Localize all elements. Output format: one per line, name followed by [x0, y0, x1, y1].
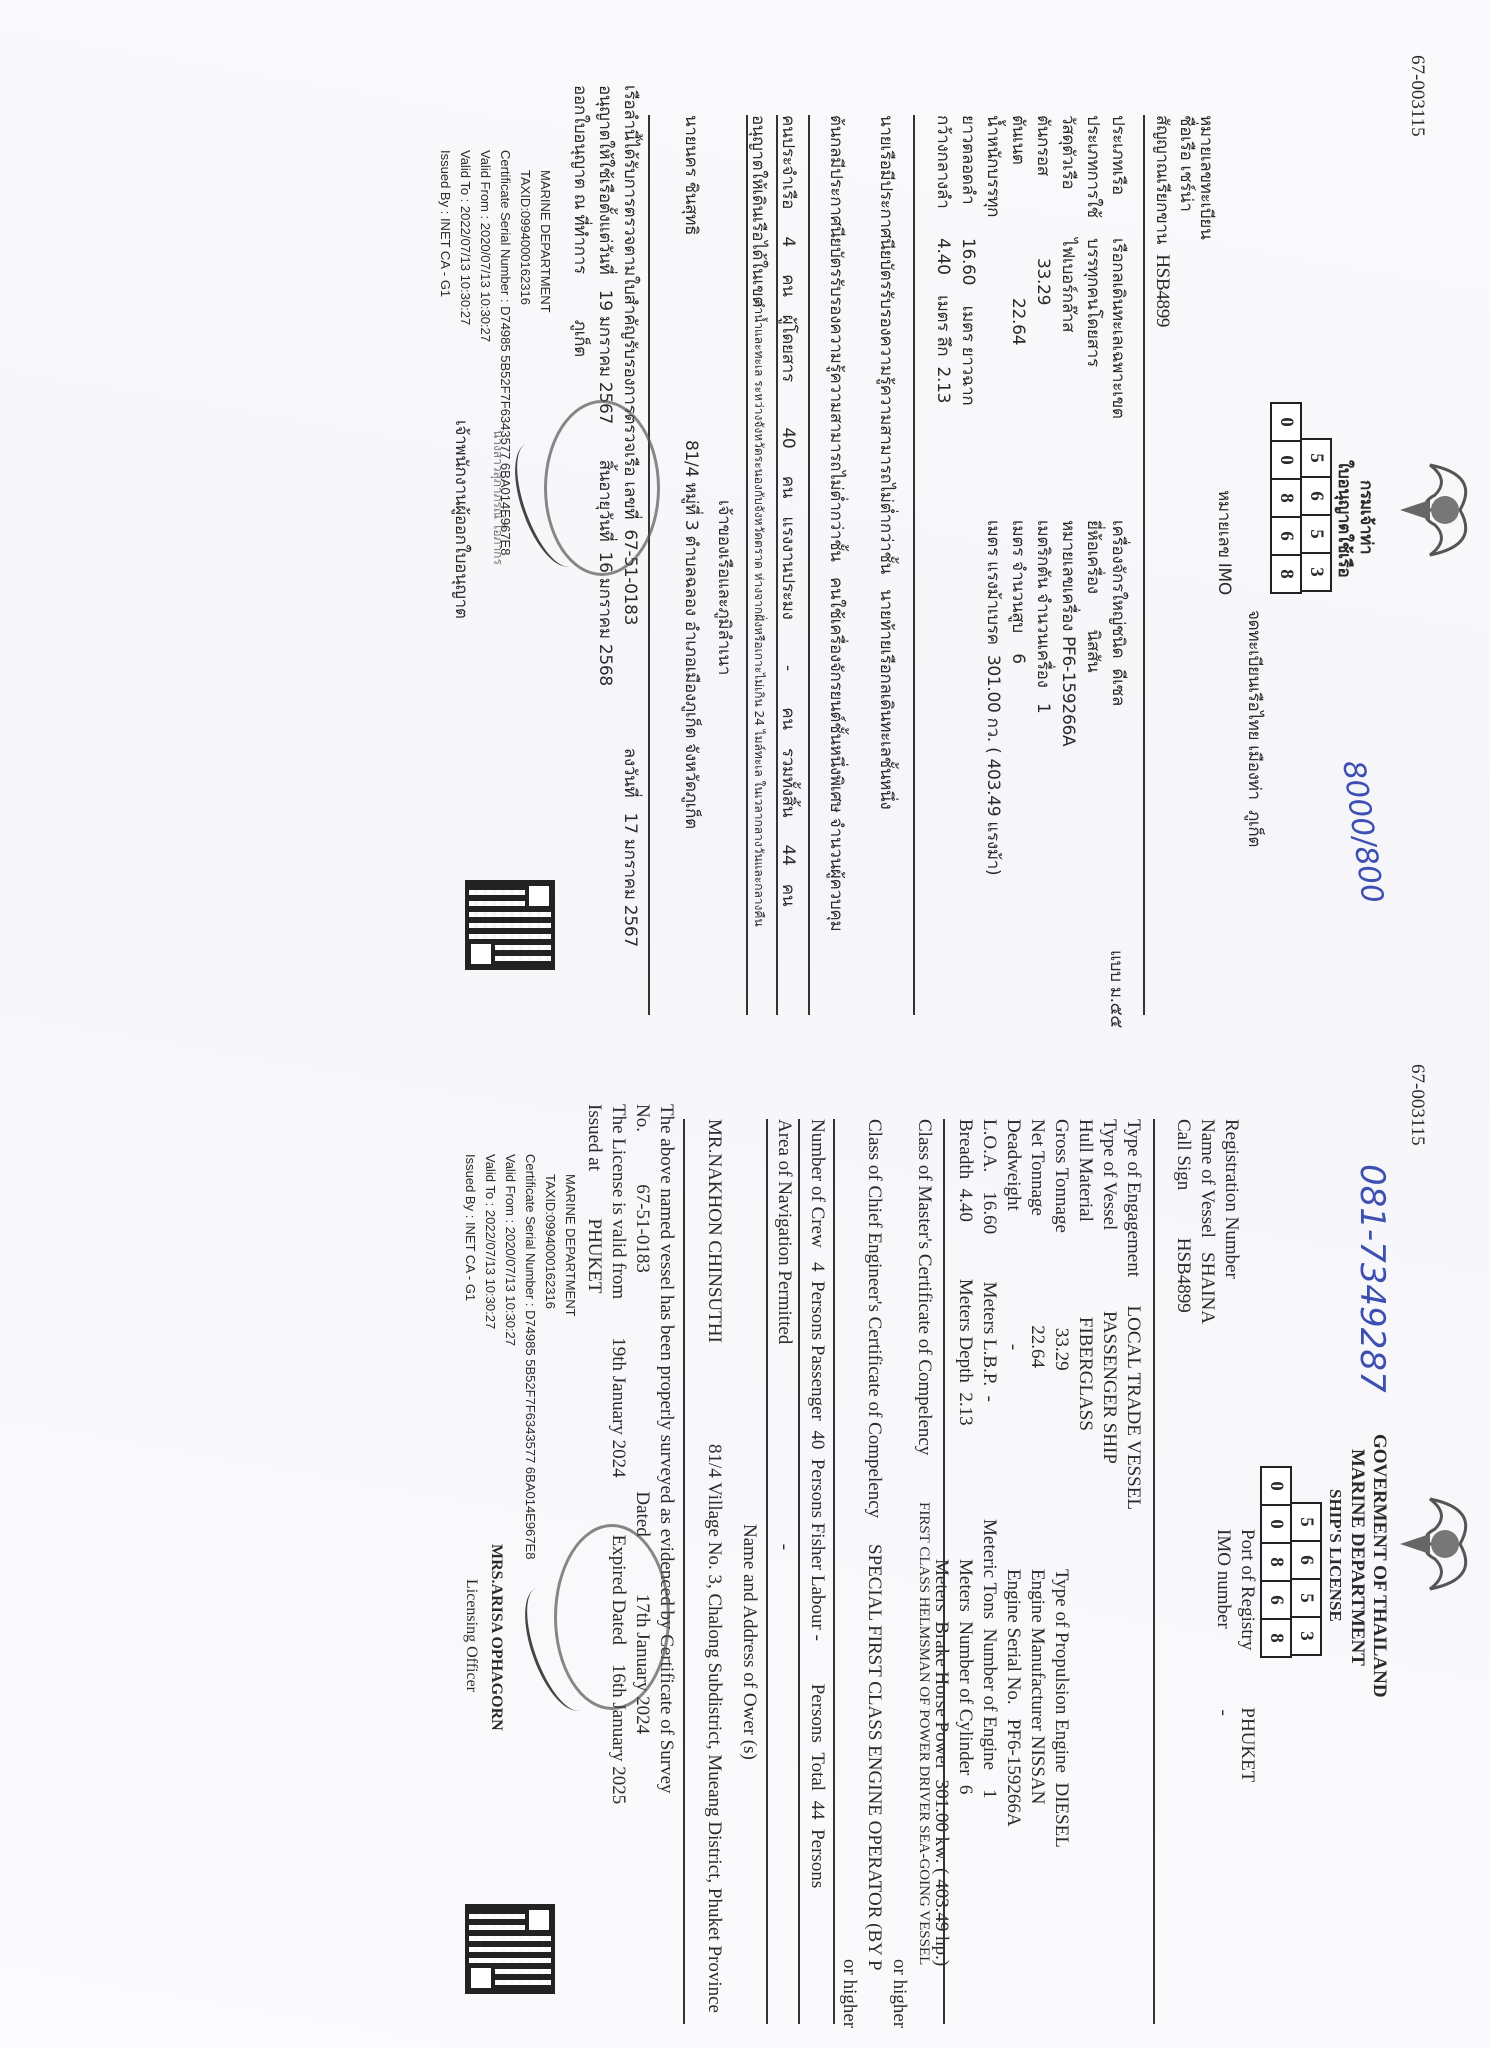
digit-box: 0 [1260, 1504, 1292, 1544]
digit-box: 3 [1290, 1616, 1322, 1656]
digit-box: 3 [1300, 552, 1332, 592]
garuda-emblem-icon [1390, 1489, 1490, 1599]
digit-box: 8 [1260, 1618, 1292, 1658]
divider [746, 115, 748, 1015]
digit-box: 0 [1270, 402, 1302, 442]
divider [943, 1119, 945, 2024]
digit-box: 0 [1260, 1466, 1292, 1506]
digit-box: 6 [1300, 476, 1332, 516]
divider [808, 115, 810, 1015]
engineer-cert-value: SPECIAL FIRST CLASS ENGINE OPERATOR (BY … [863, 1544, 885, 1971]
reg-number-label: Registration Number [1220, 1119, 1242, 1279]
license-number-boxes-en: 5 6 5 3 0 0 8 6 8 [1260, 1504, 1320, 1658]
owner-address: 81/4 Village No. 3, Chalong Subdistrict,… [703, 1444, 725, 2013]
vessel-name-row: Name of Vessel SHAINA [1196, 1119, 1218, 1324]
digit-box: 6 [1270, 516, 1302, 556]
thai-master-cert: นายเรือมีประกาศนียบัตรรับรองความรู้ความส… [873, 115, 900, 809]
thai-name-row: ชื่อเรือ เชร์น่า [1173, 115, 1200, 212]
digital-signature: MARINE DEPARTMENT TAXID:0994000162316 Ce… [460, 1154, 580, 1559]
imo-row: IMO number - [1212, 1529, 1234, 1716]
master-cert-value: FIRST CLASS HELMSMAN OF POWER DRIVER SEA… [915, 1502, 932, 1965]
thai-owner-heading: เจ้าของเรือและภูมิลำเนา [711, 500, 738, 675]
title-ships-license: SHIP'S LICENSE [1325, 1489, 1345, 1622]
ships-license-document: 67-003115 กรมเจ้าท่า ใบอนุญาตใช้เรือ 5 6… [0, 0, 1490, 2048]
digit-box: 0 [1270, 440, 1302, 480]
digit-box: 8 [1270, 478, 1302, 518]
divider [798, 1119, 800, 2024]
handwritten-note: 8000/800 [1335, 758, 1390, 905]
title-marine-dept: MARINE DEPARTMENT [1346, 1449, 1368, 1666]
thai-crew-row: คนประจำเรือ 4 คน ผู้โดยสาร 40 คน แรงงานป… [775, 115, 802, 906]
divider [833, 1119, 835, 2024]
qr-code-icon[interactable] [465, 1904, 555, 1994]
digit-box: 6 [1260, 1580, 1292, 1620]
title-government: GOVERMENT OF THAILAND [1368, 1434, 1390, 1698]
area-row: Area of Navigation Permitted - [773, 1119, 795, 1550]
thai-callsign-row: สัญญาณเรียกขาน HSB4899 [1149, 115, 1176, 327]
divider [683, 1119, 685, 2024]
doc-number: 67-003115 [1406, 55, 1428, 137]
thai-engine-info: เครื่องจักรใหญ่ชนิด ดีเซล ยี่ห้อเครื่อง … [980, 520, 1130, 875]
thai-area-label: อนุญาตให้เดินเรือได้ในเขต [745, 115, 772, 307]
master-or-higher: or higher [888, 1959, 910, 2028]
spec-block-left: Type of Engagement LOCAL TRADE VESSEL Ty… [953, 1119, 1145, 1510]
form-code: แบบ ม.๕๕ [1103, 950, 1130, 1028]
digit-box: 8 [1260, 1542, 1292, 1582]
callsign-row: Call Sign HSB4899 [1172, 1119, 1194, 1313]
thai-spec-labels: ประเภทเรือ ประเภทการใช้ วัสดุตัวเรือ ตัน… [930, 115, 1130, 218]
divider [648, 115, 650, 1015]
divider [1153, 1119, 1155, 2024]
digit-box: 8 [1270, 554, 1302, 594]
officer-name: MRS.ARISA OPHAGORN [487, 1544, 505, 1731]
divider [913, 115, 915, 1015]
thai-digital-signature: MARINE DEPARTMENT TAXID:0994000162316 Ce… [435, 150, 555, 555]
digit-box: 5 [1290, 1502, 1322, 1542]
thai-license-title: ใบอนุญาตใช้เรือ [1331, 460, 1358, 577]
qr-code-icon[interactable] [465, 880, 555, 970]
thai-owner-name: นายนคร ชินสุทธิ [678, 115, 705, 235]
digit-box: 5 [1300, 514, 1332, 554]
divider [766, 1119, 768, 2024]
thai-registry-text: จดทะเบียนเรือไทย เมืองท่า ภูเก็ต [1241, 610, 1268, 847]
divider [776, 115, 778, 1015]
port-row: Port of Registry PHUKET [1236, 1529, 1258, 1782]
owner-heading: Name and Address of Ower (s) [738, 1524, 760, 1760]
engineer-cert-label: Class of Chief Engineer's Certificate of… [863, 1119, 885, 1518]
thai-imo-label: หมายเลข IMO [1211, 490, 1238, 595]
thai-section: 67-003115 กรมเจ้าท่า ใบอนุญาตใช้เรือ 5 6… [0, 0, 1490, 1024]
spec-block-right: Type of Propulsion Engine DIESEL Engine … [929, 1519, 1073, 1966]
doc-number-en: 67-003115 [1406, 1064, 1428, 1146]
license-number-boxes: 5 6 5 3 0 0 8 6 8 [1270, 440, 1330, 594]
thai-engineer-cert: ต้นกลมีประกาศนียบัตรรับรองความรู้ความสาม… [823, 115, 850, 931]
officer-title: Licensing Officer [462, 1579, 480, 1692]
thai-spec-values: เรือกลเดินทะเลเฉพาะเขต บรรทุกคนโดยสาร ไฟ… [930, 238, 1130, 419]
handwritten-phone: 081-7349287 [1352, 1164, 1392, 1393]
divider [1143, 115, 1145, 1015]
engineer-or-higher: or higher [838, 1959, 860, 2028]
master-cert-label: Class of Master's Certificate of Compele… [913, 1119, 935, 1455]
thai-area-value: ลำน้ำและทะเล ระหว่างจังหวัดระนองกับจังหว… [749, 300, 768, 927]
digit-box: 5 [1290, 1578, 1322, 1618]
garuda-emblem-icon [1390, 455, 1490, 565]
thai-owner-address: 81/4 หมู่ที่ 3 ตำบลฉลอง อำเภอเมืองภูเก็ต… [678, 440, 705, 829]
english-section: 67-003115 081-7349287 GOVERMENT OF THAIL… [0, 1024, 1490, 2048]
digit-box: 5 [1300, 438, 1332, 478]
owner-name: MR.NAKHON CHINSUTHI [703, 1119, 725, 1343]
crew-row: Number of Crew 4 Persons Passenger 40 Pe… [806, 1119, 828, 1888]
digit-box: 6 [1290, 1540, 1322, 1580]
